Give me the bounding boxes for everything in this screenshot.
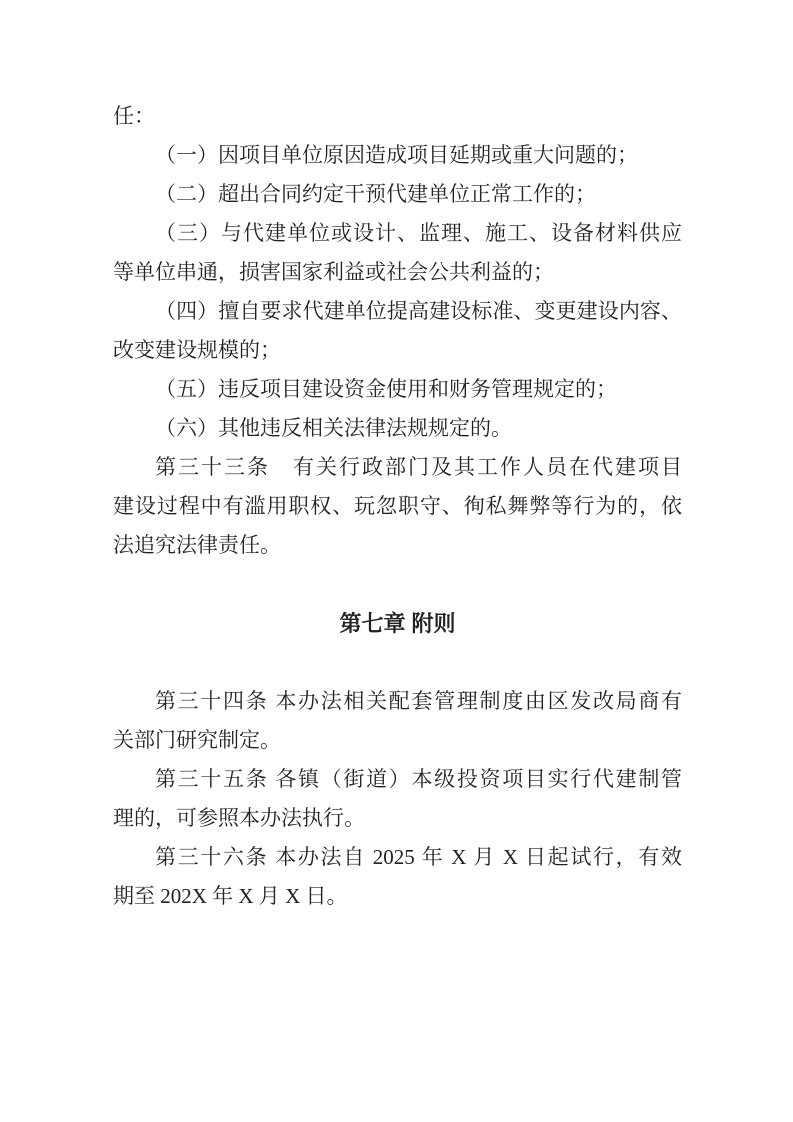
document-line: 第三十六条 本办法自 2025 年 X 月 X 日起试行，有效 <box>113 838 682 877</box>
document-line: 建设过程中有滥用职权、玩忽职守、徇私舞弊等行为的，依 <box>113 487 682 526</box>
document-line: 第三十五条 各镇（街道）本级投资项目实行代建制管 <box>113 760 682 799</box>
document-line: 理的，可参照本办法执行。 <box>113 799 682 838</box>
document-line: 第三十三条 有关行政部门及其工作人员在代建项目 <box>113 448 682 487</box>
document-line: 期至 202X 年 X 月 X 日。 <box>113 877 682 916</box>
document-line: 改变建设规模的； <box>113 331 682 370</box>
document-line: （二）超出合同约定干预代建单位正常工作的； <box>113 175 682 214</box>
document-line: （五）违反项目建设资金使用和财务管理规定的； <box>113 370 682 409</box>
chapter-heading: 第七章 附则 <box>113 604 682 643</box>
blank-line <box>113 643 682 682</box>
document-line: （三）与代建单位或设计、监理、施工、设备材料供应 <box>113 214 682 253</box>
document-line: 任： <box>113 97 682 136</box>
document-line: （四）擅自要求代建单位提高建设标准、变更建设内容、 <box>113 292 682 331</box>
document-page: 任： （一）因项目单位原因造成项目延期或重大问题的； （二）超出合同约定干预代建… <box>0 0 793 1122</box>
document-line: 第三十四条 本办法相关配套管理制度由区发改局商有 <box>113 682 682 721</box>
document-line: （六）其他违反相关法律法规规定的。 <box>113 409 682 448</box>
document-line: （一）因项目单位原因造成项目延期或重大问题的； <box>113 136 682 175</box>
document-line: 关部门研究制定。 <box>113 721 682 760</box>
document-line: 等单位串通，损害国家利益或社会公共利益的； <box>113 253 682 292</box>
blank-line <box>113 565 682 604</box>
document-line: 法追究法律责任。 <box>113 526 682 565</box>
